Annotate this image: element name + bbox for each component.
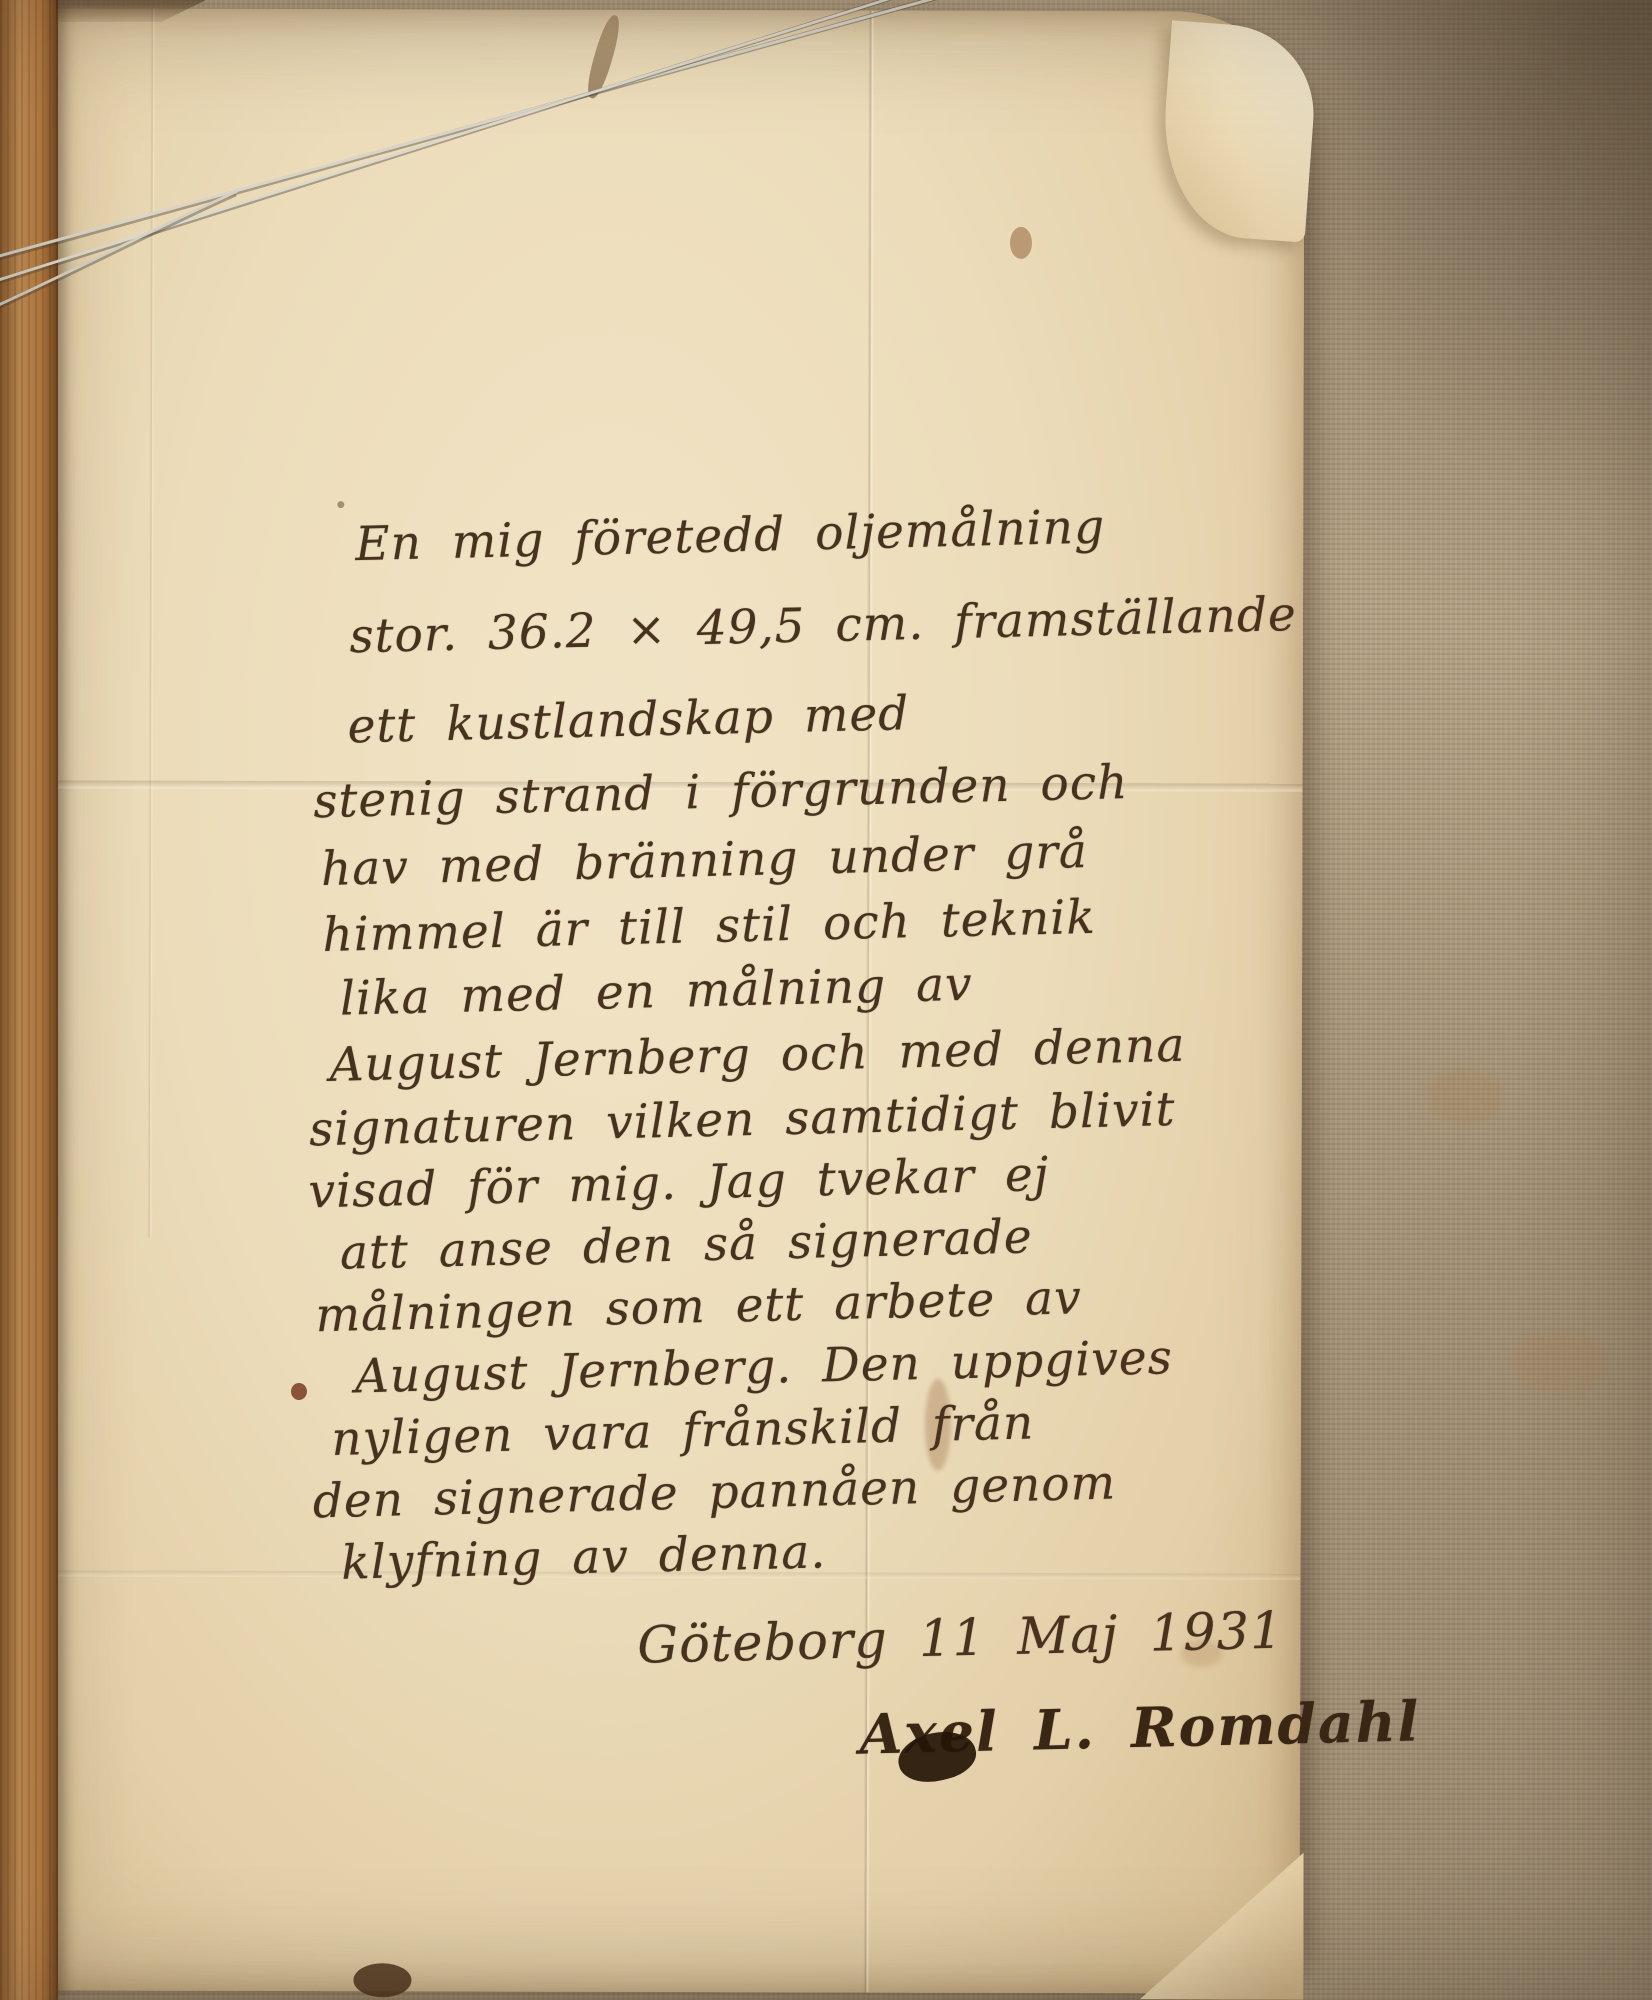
- wire-strand-shadow: [0, 194, 236, 310]
- photo-of-letter-on-frame-back: En mig företedd oljemålning stor. 36.2 ×…: [0, 0, 1652, 2000]
- hanging-wire: [0, 0, 1652, 2000]
